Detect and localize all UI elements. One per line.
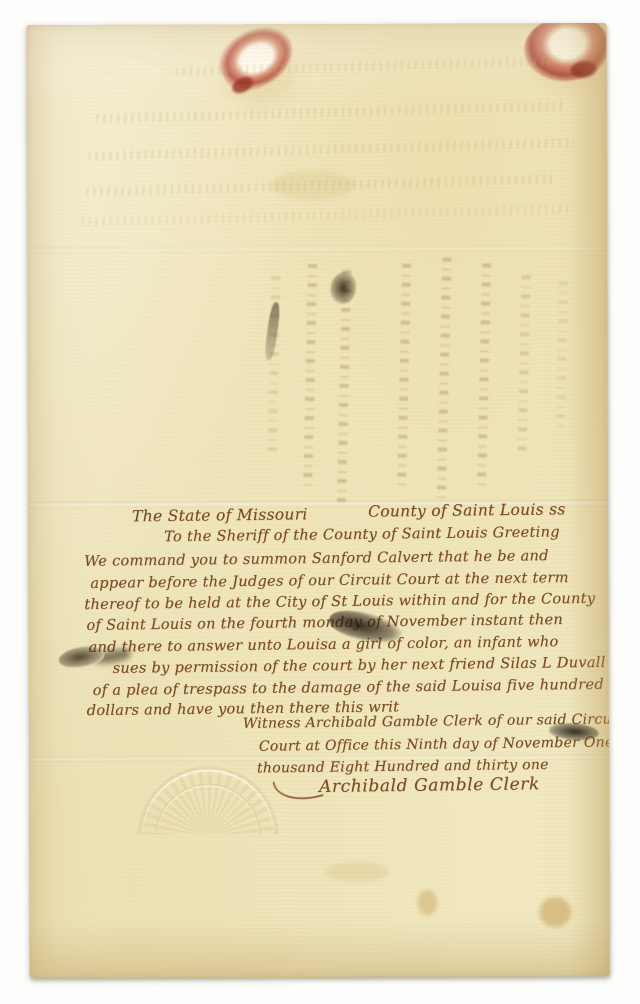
embossed-clerk-seal-icon — [135, 764, 281, 835]
paper-sheet: The State of Missouri County of Saint Lo… — [26, 23, 609, 978]
body-line: sues by permission of the court by her n… — [112, 655, 605, 677]
ghost-writing-column — [437, 257, 452, 501]
ghost-writing-column — [303, 264, 317, 492]
ghost-writing-line — [97, 101, 567, 123]
header-county-line: County of Saint Louis ss — [368, 500, 566, 520]
ghost-writing-column — [518, 275, 531, 453]
header-salutation-line: To the Sheriff of the County of Saint Lo… — [164, 524, 560, 545]
clerk-signature: Archibald Gamble Clerk — [319, 774, 540, 797]
stain — [271, 170, 355, 200]
ghost-writing-column — [477, 263, 491, 491]
body-line: of a plea of trespass to the damage of t… — [93, 677, 604, 699]
body-line: appear before the Judges of our Circuit … — [90, 570, 569, 592]
header-state-line: The State of Missouri — [132, 505, 308, 525]
stain — [417, 890, 437, 916]
ghost-writing-line — [89, 138, 574, 161]
scanned-document-page: The State of Missouri County of Saint Lo… — [0, 0, 640, 1004]
body-line: and there to answer unto Louisa a girl o… — [88, 634, 558, 656]
stain — [325, 862, 389, 882]
dark-bleed-mark — [330, 272, 356, 304]
ghost-writing-line — [82, 204, 570, 227]
ghost-writing-column — [337, 270, 351, 502]
fold-crease-top — [27, 245, 607, 253]
ink-scribble — [57, 644, 105, 670]
body-line: of Saint Louis on the fourth monday of N… — [86, 612, 563, 634]
body-line: thereof to be held at the City of St Lou… — [84, 591, 595, 613]
stain — [539, 897, 571, 927]
ghost-writing-column — [556, 281, 568, 431]
body-line: We command you to summon Sanford Calvert… — [84, 548, 549, 570]
ghost-writing-column — [397, 264, 411, 492]
attestation-line: thousand Eight Hundred and thirty one — [257, 757, 549, 777]
